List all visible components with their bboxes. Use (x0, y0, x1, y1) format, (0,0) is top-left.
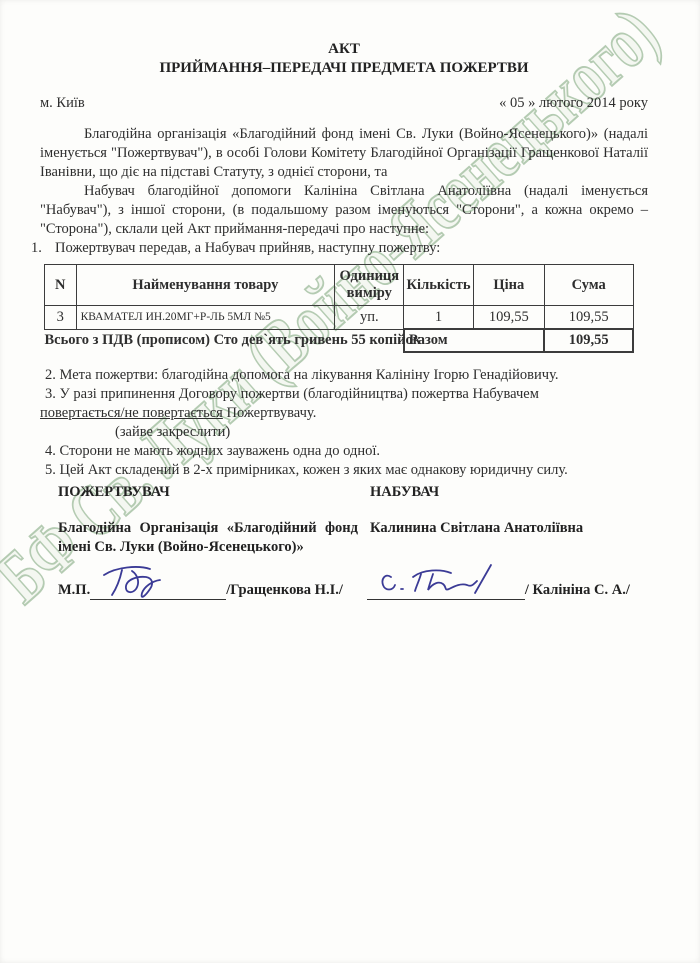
header-cell-sum: Сума (544, 265, 633, 306)
list-item-1: 1. Пожертвувач передав, а Набувач прийня… (40, 239, 648, 258)
cell-quantity: 1 (404, 306, 473, 330)
document-title-line2: ПРИЙМАННЯ–ПЕРЕДАЧІ ПРЕДМЕТА ПОЖЕРТВИ (40, 59, 648, 78)
term-item-5: 5. Цей Акт складений в 2-х примірниках, … (45, 461, 648, 480)
header-cell-item-name: Найменування товару (76, 265, 335, 306)
term-item-4: 4. Сторони не мають жодних зауважень одн… (45, 442, 648, 461)
table-header-row: N Найменування товару Одиниця виміру Кіл… (45, 265, 634, 306)
table-row: 3 КВАМАТЕЛ ИН.20МГ+Р-ЛЬ 5МЛ №5 уп. 1 109… (45, 306, 634, 330)
term-item-3-tail: Пожертвувачу. (223, 405, 316, 421)
signature-roles-row: ПОЖЕРТВУВАЧ НАБУВАЧ (40, 483, 648, 502)
donor-handwritten-signature (98, 561, 208, 603)
recipient-signature-label: / Калініна С. А./ (525, 581, 630, 600)
donation-items-table: N Найменування товару Одиниця виміру Кіл… (44, 264, 634, 353)
cell-price: 109,55 (473, 306, 544, 330)
recipient-name: Калинина Світлана Анатоліївна (370, 519, 620, 557)
paragraph-recipient: Набувач благодійної допомоги Калініна Св… (40, 182, 648, 239)
donor-signature-line (90, 585, 226, 600)
cell-unit: уп. (335, 306, 404, 330)
stamp-place-label: М.П. (58, 581, 90, 600)
cell-sum: 109,55 (544, 306, 633, 330)
document-content: АКТ ПРИЙМАННЯ–ПЕРЕДАЧІ ПРЕДМЕТА ПОЖЕРТВИ… (0, 0, 700, 600)
returned-options-underlined: повертається/не повертається (40, 405, 223, 421)
document-title-line1: АКТ (40, 40, 648, 59)
term-item-2: 2. Мета пожертви: благодійна допомога на… (45, 366, 648, 385)
strike-note: (зайве закреслити) (115, 423, 648, 442)
date-label: « 05 » лютого 2014 року (499, 94, 648, 113)
donor-signature-label: /Гращенкова Н.І./ (226, 581, 343, 600)
header-cell-unit: Одиниця виміру (335, 265, 404, 306)
place-date-row: м. Київ « 05 » лютого 2014 року (40, 94, 648, 113)
total-label: Разом (404, 329, 545, 352)
term-item-3-line2: повертається/не повертається Пожертвувач… (40, 404, 648, 423)
header-cell-price: Ціна (473, 265, 544, 306)
list-item-1-number: 1. (31, 239, 55, 258)
recipient-handwritten-signature (375, 561, 515, 603)
scanned-document-page: БФ Св. Луки (Войно-Ясенецького) АКТ ПРИЙ… (0, 0, 700, 963)
cell-row-number: 3 (45, 306, 77, 330)
signature-names-row: Благодійна Організація «Благодійний фонд… (40, 519, 648, 557)
list-item-1-text: Пожертвувач передав, а Набувач прийняв, … (55, 239, 440, 258)
header-cell-number: N (45, 265, 77, 306)
city-label: м. Київ (40, 94, 85, 113)
term-item-3-line1: 3. У разі припинення Договору пожертви (… (45, 385, 648, 404)
donor-role-label: ПОЖЕРТВУВАЧ (58, 483, 370, 502)
terms-list: 2. Мета пожертви: благодійна допомога на… (40, 366, 648, 480)
recipient-role-label: НАБУВАЧ (370, 483, 648, 502)
total-in-words: Всього з ПДВ (прописом) Сто дев`ять грив… (45, 329, 404, 352)
header-cell-quantity: Кількість (404, 265, 473, 306)
table-footer-row: Всього з ПДВ (прописом) Сто дев`ять грив… (45, 329, 634, 352)
total-value: 109,55 (544, 329, 633, 352)
donor-name: Благодійна Організація «Благодійний фонд… (58, 519, 358, 557)
cell-item-name: КВАМАТЕЛ ИН.20МГ+Р-ЛЬ 5МЛ №5 (76, 306, 335, 330)
recipient-signature-line (367, 585, 525, 600)
signature-lines-row: М.П. /Гращенкова Н.І./ / Калініна С. А./ (40, 581, 648, 600)
paragraph-donor: Благодійна організація «Благодійний фонд… (40, 125, 648, 182)
